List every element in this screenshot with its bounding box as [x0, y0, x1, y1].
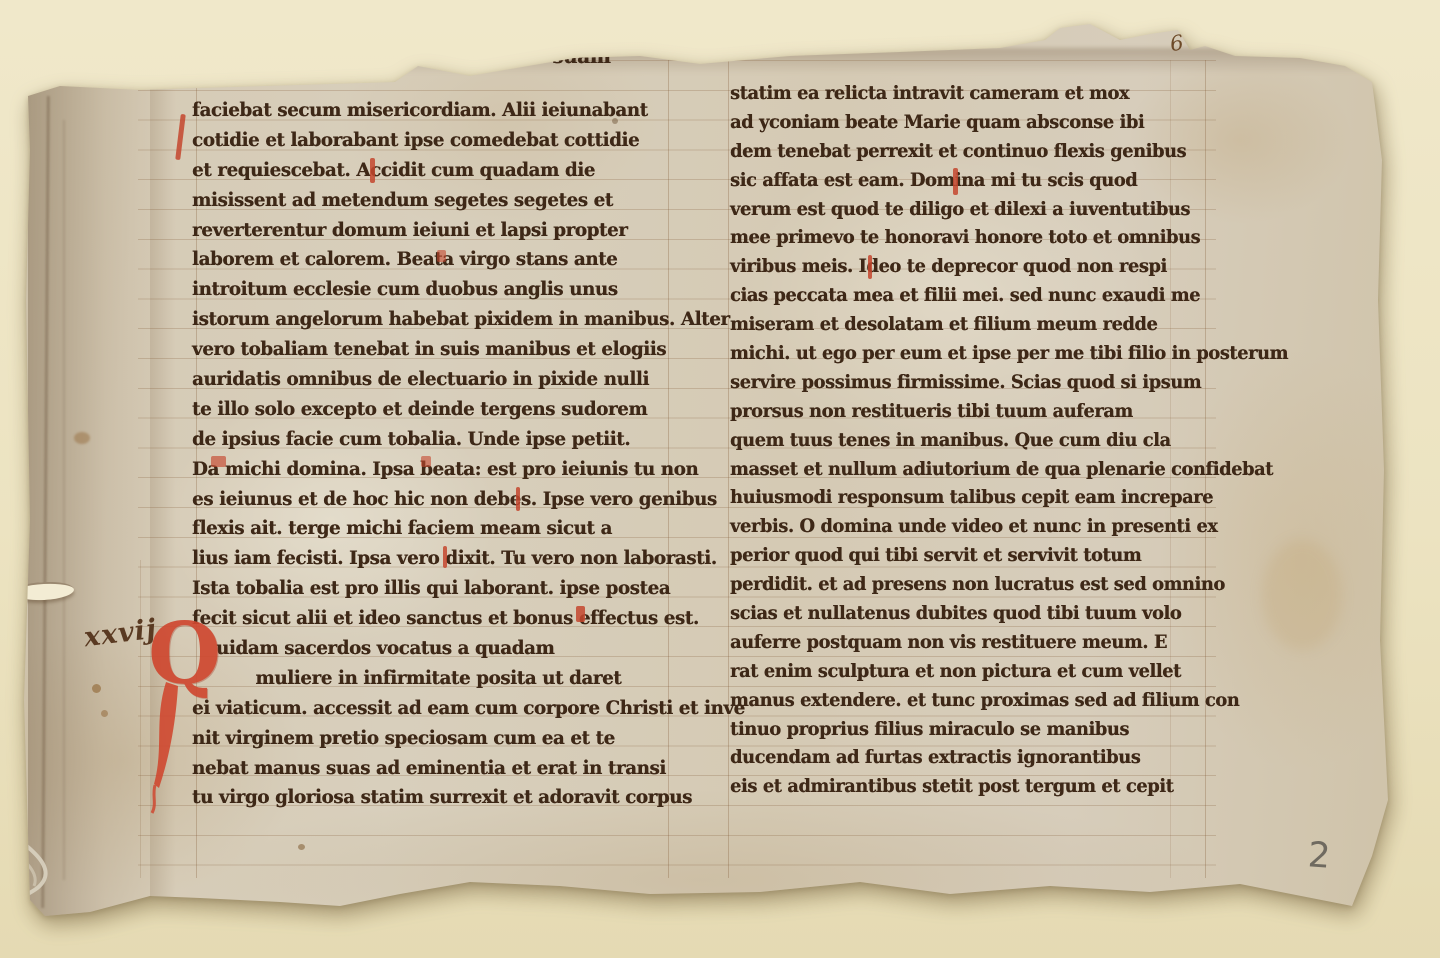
cropped-top-line: et religionem suam	[400, 44, 610, 68]
text-line: quem tuus tenes in manibus. Que cum diu …	[730, 427, 1189, 456]
text-line: prorsus non restitueris tibi tuum aufera…	[730, 398, 1189, 427]
text-line: es ieiunus et de hoc hic non debes. Ipse…	[192, 485, 651, 515]
rubric-mark	[443, 546, 447, 568]
stain	[1262, 540, 1342, 650]
text-line: servire possimus firmissime. Scias quod …	[730, 369, 1189, 398]
rubric-mark	[516, 487, 520, 511]
text-line: misissent ad metendum segetes segetes et	[192, 186, 651, 216]
text-line: Ista tobalia est pro illis qui laborant.…	[192, 574, 651, 604]
right-text-column: statim ea relicta intravit cameram et mo…	[730, 80, 1189, 802]
text-line: mee primevo te honoravi honore toto et o…	[730, 224, 1189, 253]
text-line: verbis. O domina unde video et nunc in p…	[730, 513, 1189, 542]
text-line: nebat manus suas ad eminentia et erat in…	[192, 754, 651, 784]
text-line: te illo solo excepto et deinde tergens s…	[192, 395, 651, 425]
text-line: perdidit. et ad presens non lucratus est…	[730, 571, 1189, 600]
text-line: cotidie et laborabant ipse comedebat cot…	[192, 126, 651, 156]
rubric-mark	[211, 456, 226, 467]
text-line: lius iam fecisti. Ipsa vero dixit. Tu ve…	[192, 544, 651, 574]
text-line: ad yconiam beate Marie quam absconse ibi	[730, 109, 1189, 138]
text-line: verum est quod te diligo et dilexi a iuv…	[730, 196, 1189, 225]
text-line: nit virginem pretio speciosam cum ea et …	[192, 724, 651, 754]
parchment-shadow: et religionem suam faciebat secum miseri…	[0, 0, 1440, 958]
text-line: sic affata est eam. Domina mi tu scis qu…	[730, 167, 1189, 196]
text-line: miseram et desolatam et filium meum redd…	[730, 311, 1189, 340]
text-line: michi. ut ego per eum et ipse per me tib…	[730, 340, 1189, 369]
text-line: scias et nullatenus dubites quod tibi tu…	[730, 600, 1189, 629]
text-line: perior quod qui tibi servit et servivit …	[730, 542, 1189, 571]
text-line: vero tobaliam tenebat in suis manibus et…	[192, 335, 651, 365]
text-line: flexis ait. terge michi faciem meam sicu…	[192, 514, 651, 544]
text-line: auridatis omnibus de electuario in pixid…	[192, 365, 651, 395]
page-number-ink: 67	[1168, 28, 1202, 56]
rubric-mark	[953, 168, 958, 195]
text-line: laborem et calorem. Beata virgo stans an…	[192, 245, 651, 275]
manuscript-photo: et religionem suam faciebat secum miseri…	[0, 0, 1440, 958]
text-line: reverterentur domum ieiuni et lapsi prop…	[192, 216, 651, 246]
sewing-thread	[0, 820, 70, 930]
text-line: statim ea relicta intravit cameram et mo…	[730, 80, 1189, 109]
text-line: introitum ecclesie cum duobus anglis unu…	[192, 275, 651, 305]
text-line: auferre postquam non vis restituere meum…	[730, 629, 1189, 658]
initial-letter-tail	[140, 682, 190, 817]
rubric-mark	[421, 456, 431, 467]
rubric-mark	[437, 250, 446, 262]
text-line: rat enim sculptura et non pictura et cum…	[730, 658, 1189, 687]
text-line: muliere in infirmitate posita ut daret	[192, 664, 651, 694]
text-line: tu virgo gloriosa statim surrexit et ado…	[192, 783, 651, 813]
text-line: ei viaticum. accessit ad eam cum corpore…	[192, 694, 651, 724]
rubric-mark	[868, 255, 872, 279]
text-line: manus extendere. et tunc proximas sed ad…	[730, 687, 1189, 716]
text-line: et requiescebat. Accidit cum quadam die	[192, 156, 651, 186]
text-line: masset et nullum adiutorium de qua plena…	[730, 456, 1189, 485]
text-line: tinuo proprius filius miraculo se manibu…	[730, 716, 1189, 745]
rubric-mark	[370, 158, 375, 183]
fold-crease	[63, 120, 65, 880]
text-line: uidam sacerdos vocatus a quadam	[192, 634, 651, 664]
text-line: huiusmodi responsum talibus cepit eam in…	[730, 484, 1189, 513]
text-line: ducendam ad furtas extractis ignorantibu…	[730, 744, 1189, 773]
text-line: faciebat secum misericordiam. Alii ieiun…	[192, 96, 651, 126]
ruling-vertical-line	[728, 60, 729, 878]
parchment-leaf: et religionem suam faciebat secum miseri…	[0, 0, 1440, 958]
text-line: eis et admirantibus stetit post tergum e…	[730, 773, 1189, 802]
text-line: viribus meis. Ideo te deprecor quod non …	[730, 253, 1189, 282]
folio-number-pencil: 2	[1307, 835, 1332, 876]
text-line: istorum angelorum habebat pixidem in man…	[192, 305, 651, 335]
text-line: dem tenebat perrexit et continuo flexis …	[730, 138, 1189, 167]
text-line: de ipsius facie cum tobalia. Unde ipse p…	[192, 425, 651, 455]
rubric-mark	[576, 606, 585, 622]
left-text-column: faciebat secum misericordiam. Alii ieiun…	[192, 96, 651, 813]
text-line: cias peccata mea et filii mei. sed nunc …	[730, 282, 1189, 311]
